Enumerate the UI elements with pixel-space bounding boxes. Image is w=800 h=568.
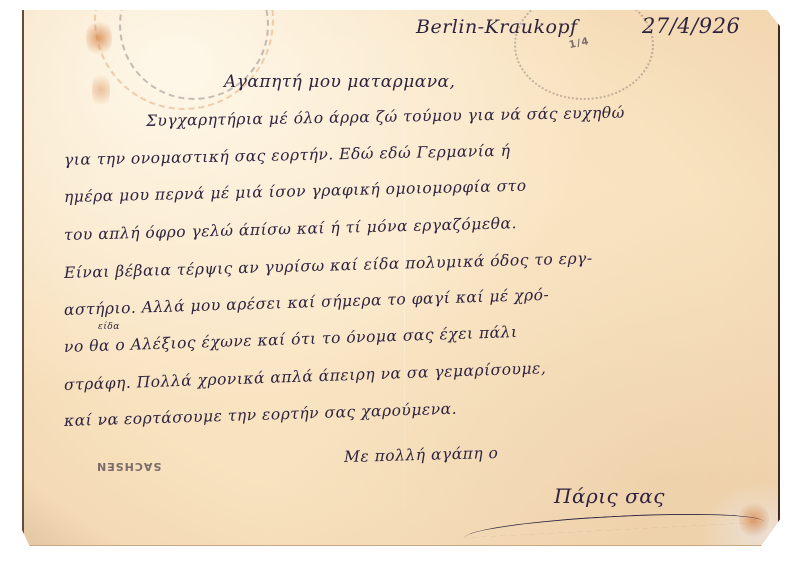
rust-stain (92, 70, 110, 110)
body-line-4: του απλή όφρο γελώ άπίσω καί ή τί μόνα ε… (64, 214, 517, 244)
header-date: 27/4/926 (642, 14, 740, 38)
body-line-7: νο θα ο Αλέξιος έχωνε καί ότι το όνομα σ… (64, 323, 518, 356)
body-line-3: ημέρα μου περνά μέ μιά ίσον γραφική ομοι… (64, 177, 527, 206)
margin-insert: είδα (98, 322, 120, 332)
corner-wear (22, 466, 121, 546)
closing: Με πολλή αγάπη ο (344, 444, 499, 466)
postcard: 1/4 · ⁞ · SACHSEN Berlin-Kraukopf 27/4/9… (22, 10, 780, 546)
scan-background: 1/4 · ⁞ · SACHSEN Berlin-Kraukopf 27/4/9… (0, 0, 800, 568)
body-line-9: καί να εορτάσουμε την εορτήν σας χαρούμε… (64, 400, 458, 430)
body-line-6: αστήριο. Αλλά μου αρέσει καί σήμερα το φ… (64, 286, 550, 319)
body-line-5: Είναι βέβαια τέρψις αν γυρίσω καί είδα π… (64, 249, 593, 282)
greeting: Αγαπητή μου ματαρμανα, (224, 72, 455, 92)
body-line-2: για την ονομαστική σας εορτήν. Εδώ εδώ Γ… (64, 142, 511, 169)
body-line-8: στράφη. Πολλά χρονικά απλά άπειρη να σα … (64, 359, 547, 394)
header-place: Berlin-Kraukopf (416, 16, 578, 38)
signature: Πάρις σας (554, 484, 665, 508)
postmark-bottom-left: SACHSEN (96, 460, 161, 473)
body-line-1: Συγχαρητήρια μέ όλο άρρα ζώ τούμου για ν… (146, 104, 625, 130)
